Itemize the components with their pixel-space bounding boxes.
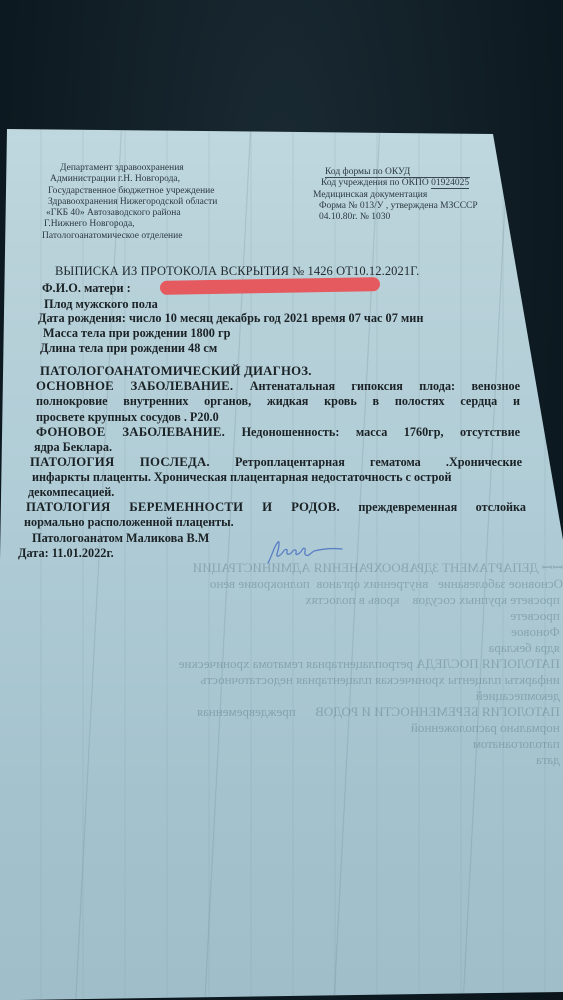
afterbirth-pathology-text: Ретроплацентарная гематома .Хронические [235,455,522,469]
pregnancy-pathology-text: нормально расположенной плаценты. [24,515,526,530]
form-date: 04.10.80г. № 1030 [313,212,478,223]
diagnosis-heading: ПАТОЛОГОАНАТОМИЧЕСКИЙ ДИАГНОЗ. [40,364,520,379]
afterbirth-pathology-text: инфаркты плаценты. Хроническая плацентар… [30,470,522,485]
okpo-value: 01924025 [431,178,469,189]
okpo-label: Код учреждения по ОКПО [321,178,429,188]
background-disease-text: Недоношенность: масса 1760гр, отсутствие [242,425,520,439]
header-line: Патологоанатомическое отделение [42,231,217,242]
document: Департамент здравоохранения Администраци… [0,0,563,1000]
header-line: Администрации г.Н. Новгорода, [44,174,217,185]
diagnosis-section: ПАТОЛОГОАНАТОМИЧЕСКИЙ ДИАГНОЗ. ОСНОВНОЕ … [40,364,520,455]
background-disease-text: ядра Беклара. [34,440,520,455]
form-label: Форма № 013/У , утверждена МЗСССР [313,201,478,212]
main-disease-text: полнокровие внутренних органов, жидкая к… [36,394,520,409]
background-disease-label: ФОНОВОЕ ЗАБОЛЕВАНИЕ. [36,425,225,439]
afterbirth-pathology-label: ПАТОЛОГИЯ ПОСЛЕДА. [30,455,210,469]
afterbirth-section: ПАТОЛОГИЯ ПОСЛЕДА. Ретроплацентарная гем… [30,455,522,501]
signature-date: Дата: 11.01.2022г. [18,546,114,561]
main-disease-text: просвете крупных сосудов . Р20.0 [36,410,520,425]
afterbirth-pathology-text: декомпесацией. [28,485,522,500]
header-line: «ГКБ 40» Автозаводского района [44,208,217,219]
header-line: Государственное бюджетное учреждение [44,186,217,197]
med-doc-label: Медицинская документация [313,190,478,201]
birth-date: Дата рождения: число 10 месяц декабрь го… [38,311,423,326]
header-line: Г.Нижнего Новгорода, [44,219,217,230]
mother-name-label: Ф.И.О. матери : [42,281,131,296]
signature-icon [262,536,352,566]
header-line: Департамент здравоохранения [44,163,217,174]
header-line: Здравоохранения Нижегородской области [44,197,217,208]
fetus-sex: Плод мужского пола [44,297,158,312]
pathologist-name: Патологоанатом Маликова В.М [32,531,209,546]
pregnancy-pathology-text: преждевременная отслойка [358,500,526,514]
birth-weight: Масса тела при рождении 1800 гр [43,326,230,341]
okud-label: Код формы по ОКУД [325,167,470,178]
institution-header: Департамент здравоохранения Администраци… [44,163,217,242]
pregnancy-section: ПАТОЛОГИЯ БЕРЕМЕННОСТИ И РОДОВ. преждевр… [26,500,526,530]
photo-background: ꟷꟷ ДЕПАРТАМЕНТ ЗДРАВООХРАНЕНИЯ АДМИНИСТР… [0,0,563,1000]
form-code-header: Код формы по ОКУД Код учреждения по ОКПО… [313,167,478,223]
birth-length: Длина тела при рождении 48 см [40,341,217,356]
pregnancy-pathology-label: ПАТОЛОГИЯ БЕРЕМЕННОСТИ И РОДОВ. [26,500,340,514]
main-disease-text: Антенатальная гипоксия плода: венозное [250,379,520,393]
main-disease-label: ОСНОВНОЕ ЗАБОЛЕВАНИЕ. [36,379,233,393]
redaction-mark [160,277,380,295]
